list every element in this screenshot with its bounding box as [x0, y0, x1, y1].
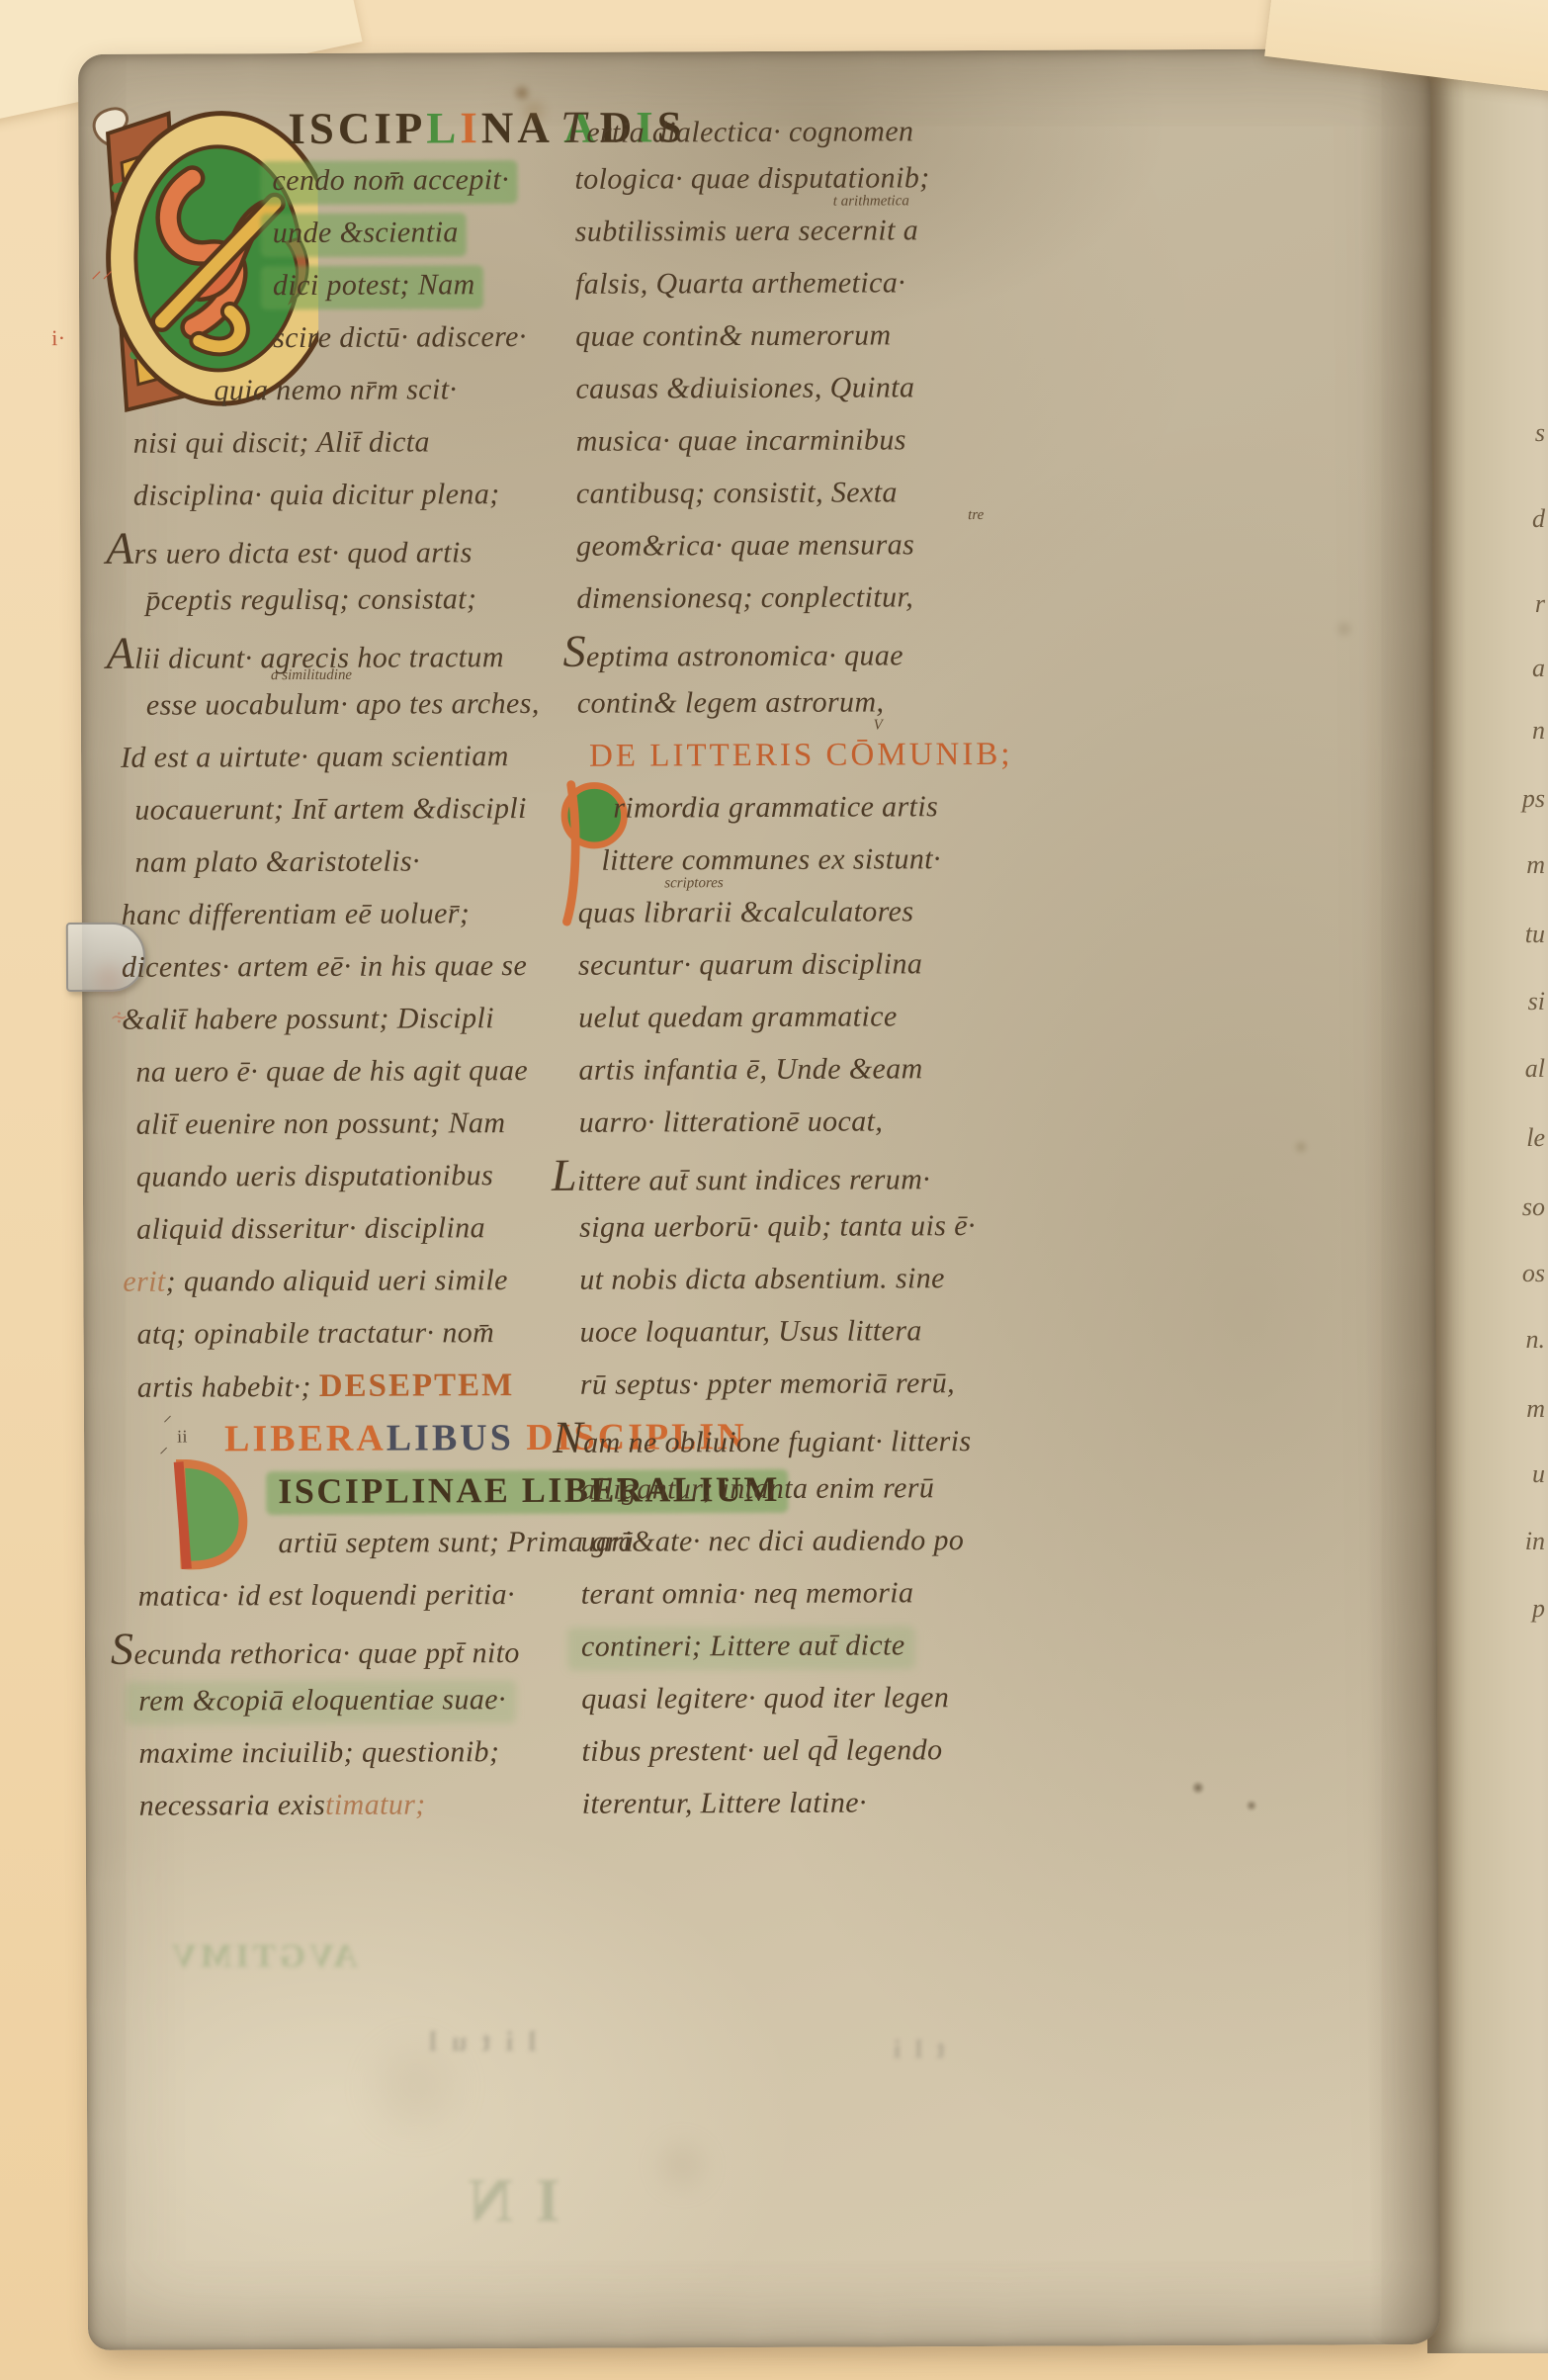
text-line: atq; opinabile tractatur· nom̄: [109, 1305, 565, 1360]
text-line: unde &scientia: [105, 205, 561, 259]
text-line: quae contin& numerorum: [548, 308, 1024, 362]
text-line: artis infantia ē, Unde &eam: [551, 1041, 1027, 1096]
line-text: falsis, Quarta arthemetica·: [575, 255, 905, 311]
text-line: maxime inciuilib; questionib;: [111, 1724, 567, 1779]
line-text: terant omnia· neq memoria: [581, 1565, 914, 1622]
line-text: musica· quae incarminibus: [576, 412, 906, 469]
text-line: quasi legitere· quod iter legen: [554, 1670, 1030, 1724]
line-text: &alit̄ habere possunt; Discipli: [122, 991, 494, 1048]
text-line: nam plato &aristotelis·: [107, 834, 563, 888]
text-line: ISCIPLINA ADIS: [104, 100, 560, 154]
text-line: dicentes· artem eē· in his quae se: [108, 938, 564, 993]
text-line: p̄ceptis regulisq; consistat;: [106, 572, 562, 626]
text-fragment: si: [1528, 989, 1545, 1014]
text-line: esse uocabulum· apo tes arches,a similit…: [107, 676, 563, 731]
line-text: quas librarii &calculatores: [578, 884, 914, 940]
line-text: tibus prestent· uel qd̄ legendo: [581, 1722, 942, 1780]
margin-note: ⸍: [159, 1446, 168, 1463]
line-text: dimensionesq; conplectitur,: [576, 570, 913, 626]
text-line: secuntur· quarum disciplina: [551, 936, 1027, 991]
line-text: artis infantia ē, Unde &eam: [578, 1041, 923, 1099]
line-text: signa uerborū· quib; tanta uis ē·: [579, 1198, 976, 1256]
line-text: DE LITTERIS CŌMUNIB;: [589, 727, 1013, 784]
line-text: scire dictū· adiscere·: [273, 309, 527, 366]
text-fragment: os: [1522, 1261, 1545, 1286]
text-line: geom&rica· quae mensurastre: [549, 517, 1025, 572]
line-text: quasi legitere· quod iter legen: [581, 1670, 949, 1727]
line-text: quia nemo nr̄m scit·: [214, 362, 457, 418]
line-text: alligantur; intanta enim rerū: [580, 1460, 934, 1518]
text-line: uarro· litterationē uocat,: [552, 1094, 1028, 1148]
line-text: contineri; Littere aut̄ dicte: [581, 1618, 905, 1674]
line-text: esse uocabulum· apo tes arches,: [146, 676, 540, 734]
line-text: alit̄ euenire non possunt; Nam: [136, 1096, 506, 1153]
text-line: Nam ne obliuione fugiant· litteris: [553, 1408, 1029, 1462]
line-text: subtilissimis uera secernit a: [575, 203, 919, 260]
line-text: uoce loquantur, Usus littera: [579, 1303, 921, 1361]
text-line: cendo nom̄ accepit·: [104, 152, 560, 207]
text-fragment: in: [1525, 1529, 1545, 1554]
text-line: subtilissimis uera secernit at arithmeti…: [548, 203, 1024, 257]
text-line: disciplina· quia dicitur plena;: [106, 467, 562, 521]
line-text: Id est a uirtute· quam scientiam: [121, 729, 509, 786]
text-line: musica· quae incarminibus: [549, 412, 1025, 467]
text-line: quia nemo nr̄m scit·: [105, 362, 561, 416]
text-line: uelut quedam grammatice: [551, 989, 1027, 1043]
text-fragment: m: [1526, 1396, 1545, 1422]
text-line: alligantur; intanta enim rerū: [553, 1460, 1029, 1515]
line-text: geom&rica· quae mensuras: [576, 517, 914, 573]
manuscript-page: ISCIPLINA ADIScendo nom̄ accepit·unde &s…: [78, 48, 1440, 2350]
text-line: falsis, Quarta arthemetica·: [548, 255, 1024, 309]
line-text: hanc differentiam eē uoluer̄;: [122, 886, 471, 943]
line-text: disciplina· quia dicitur plena;: [133, 467, 500, 524]
line-text: erit; quando aliquid ueri simile: [123, 1253, 508, 1310]
text-fragment: u: [1532, 1461, 1545, 1487]
text-line: nisi qui discit; Alit̄ dicta: [106, 414, 562, 469]
text-line: dimensionesq; conplectitur,: [549, 570, 1025, 624]
text-line: Id est a uirtute· quam scientiam: [107, 729, 563, 783]
text-fragment: ps: [1522, 786, 1545, 812]
text-fragment: s: [1535, 420, 1545, 446]
text-line: rū septus· ppter memoriā rerū,: [553, 1356, 1029, 1410]
text-line: matica· id est loquendi peritia·: [111, 1567, 567, 1622]
interlinear-gloss: scriptores: [664, 876, 724, 891]
text-fragment: r: [1535, 591, 1545, 617]
line-text: uari&ate· nec dici audiendo po: [580, 1513, 964, 1570]
text-line: tologica· quae disputationib;: [547, 150, 1023, 205]
line-text: quae contin& numerorum: [575, 308, 892, 364]
line-text: dici potest; Nam: [273, 257, 475, 313]
text-line: LIBERALIBUS DISCIPLIN⸍ii⸍: [110, 1410, 566, 1464]
text-fragment: m: [1526, 852, 1545, 878]
text-line: necessaria existimatur;: [112, 1777, 568, 1831]
line-text: causas &diuisiones, Quinta: [575, 360, 914, 416]
text-line: artiū septem sunt; Prima grā: [110, 1515, 566, 1569]
text-line: aliquid disseritur· disciplina: [109, 1200, 565, 1255]
line-text: rū septus· ppter memoriā rerū,: [580, 1356, 955, 1413]
line-text: cantibusq; consistit, Sexta: [576, 465, 898, 521]
line-text: rem &copiā eloquentiae suae·: [138, 1672, 506, 1729]
line-text: unde &scientia: [273, 205, 459, 261]
text-line: tibus prestent· uel qd̄ legendo: [554, 1722, 1030, 1777]
line-text: necessaria existimatur;: [139, 1777, 426, 1833]
text-line: Ars uero dicta est· quod artis: [106, 519, 562, 573]
text-fragment: so: [1522, 1194, 1545, 1220]
text-line: quando ueris disputationibus: [109, 1148, 565, 1202]
text-line: na uero ē· quae de his agit quae: [108, 1043, 564, 1098]
text-line: Littere aut̄ sunt indices rerum·: [552, 1146, 1028, 1200]
line-text: quando ueris disputationibus: [136, 1148, 493, 1205]
text-line: uocauerunt; Int̄ artem &discipli: [107, 781, 563, 836]
line-text: atq; opinabile tractatur· nom̄: [136, 1305, 494, 1363]
margin-note: ∻: [110, 1007, 129, 1028]
text-line: terant omnia· neq memoria: [554, 1565, 1030, 1620]
line-text: cendo nom̄ accepit·: [272, 152, 509, 209]
text-line: dici potest; Nam⸍⸍: [105, 257, 561, 311]
line-text: nisi qui discit; Alit̄ dicta: [133, 414, 430, 471]
line-text: maxime inciuilib; questionib;: [138, 1724, 499, 1782]
interlinear-gloss: t arithmetica: [833, 194, 909, 209]
text-line: causas &diuisiones, Quinta: [548, 360, 1024, 414]
text-line: cantibusq; consistit, Sexta: [549, 465, 1025, 519]
line-text: matica· id est loquendi peritia·: [138, 1567, 515, 1625]
margin-note: ⸍⸍: [91, 269, 114, 291]
line-text: secuntur· quarum disciplina: [578, 936, 923, 994]
line-text: uocauerunt; Int̄ artem &discipli: [134, 781, 527, 838]
text-line: contin& legem astrorum,: [550, 674, 1026, 729]
text-line: scire dictū· adiscere·i·: [105, 309, 561, 364]
line-text: p̄ceptis regulisq; consistat;: [145, 572, 476, 628]
text-column-left: ISCIPLINA ADIScendo nom̄ accepit·unde &s…: [104, 100, 568, 1831]
margin-note: ii: [177, 1428, 188, 1446]
text-column-right: Tertia dialectica· cognomentologica· qua…: [547, 98, 1031, 1829]
text-line: ISCIPLINAE LIBERALIUM: [110, 1462, 566, 1517]
text-fragment: d: [1532, 506, 1545, 532]
text-fragment: tu: [1525, 922, 1545, 947]
line-text: ut nobis dicta absentium. sine: [579, 1251, 945, 1308]
interlinear-gloss: tre: [968, 508, 984, 523]
line-text: nam plato &aristotelis·: [134, 834, 420, 890]
text-fragment: a: [1532, 656, 1545, 681]
line-text: rimordia grammatice artis: [613, 779, 938, 836]
text-fragment: n.: [1526, 1327, 1546, 1353]
text-line: contineri; Littere aut̄ dicte: [554, 1618, 1030, 1672]
text-line: uari&ate· nec dici audiendo po: [553, 1513, 1029, 1567]
text-line: littere communes ex sistunt·: [550, 832, 1026, 886]
line-text: iterentur, Littere latine·: [582, 1776, 867, 1832]
text-fragment: al: [1525, 1056, 1545, 1082]
interlinear-gloss: a similitudine: [271, 668, 352, 683]
line-text: na uero ē· quae de his agit quae: [135, 1043, 528, 1101]
text-line: iterentur, Littere latine·: [555, 1775, 1031, 1829]
text-line: signa uerborū· quib; tanta uis ē·: [552, 1198, 1028, 1253]
line-text: uarro· litterationē uocat,: [579, 1094, 884, 1150]
text-line: Secunda rethorica· quae ppt̄ nito: [111, 1620, 567, 1674]
text-line: ut nobis dicta absentium. sine: [552, 1251, 1028, 1305]
line-text: artis habebit·; DESEPTEM: [137, 1358, 515, 1416]
text-line: uoce loquantur, Usus littera: [552, 1303, 1028, 1358]
text-line: hanc differentiam eē uoluer̄;: [108, 886, 564, 940]
line-text: uelut quedam grammatice: [578, 989, 898, 1045]
text-fragment: n: [1532, 718, 1545, 744]
line-text: dicentes· artem eē· in his quae se: [122, 938, 527, 996]
text-line: Tertia dialectica· cognomen: [547, 98, 1023, 152]
margin-note: i·: [51, 327, 65, 349]
line-text: contin& legem astrorum,: [577, 674, 885, 731]
text-line: erit; quando aliquid ueri simile: [109, 1253, 565, 1307]
margin-note: ⸍: [163, 1414, 172, 1432]
text-fragment: le: [1526, 1125, 1545, 1151]
text-line: rem &copiā eloquentiae suae·: [111, 1672, 567, 1726]
line-text: aliquid disseritur· disciplina: [136, 1200, 485, 1258]
text-line: DE LITTERIS CŌMUNIB;V: [550, 727, 1026, 781]
text-line: quas librarii &calculatoresscriptores: [551, 884, 1027, 938]
next-folio-edge: sdranpsmtusiallesoosn.muinp: [1427, 40, 1548, 2353]
text-line: artis habebit·; DESEPTEM: [110, 1358, 566, 1412]
text-line: Septima astronomica· quae: [549, 622, 1025, 676]
text-fragment: p: [1532, 1596, 1545, 1622]
text-line: rimordia grammatice artis: [550, 779, 1026, 834]
text-line: alit̄ euenire non possunt; Nam: [109, 1096, 565, 1150]
line-text: littere communes ex sistunt·: [601, 832, 941, 888]
interlinear-gloss: V: [874, 718, 883, 733]
text-line: &alit̄ habere possunt; Discipli∻: [108, 991, 564, 1045]
